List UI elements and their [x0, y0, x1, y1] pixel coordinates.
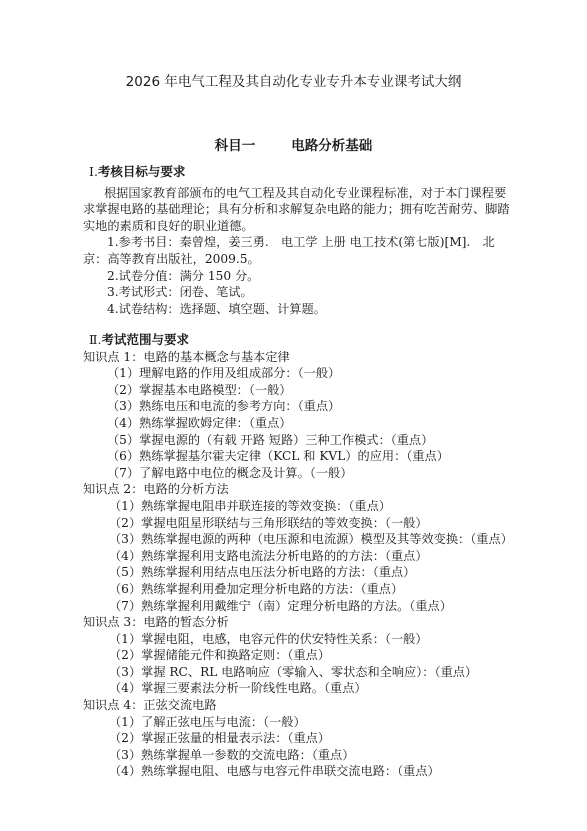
list-item: （5）熟练掌握利用结点电压法分析电路的方法：（重点）	[83, 564, 543, 581]
knowledge-point-title: 知识点 3：电路的暂态分析	[83, 614, 543, 631]
section-1: Ⅰ.考核目标与要求 根据国家教育部颁布的电气工程及其自动化专业课程标准，对于本门…	[83, 164, 543, 317]
section-1-items: 1.参考书目：秦曾煌，姜三勇. 电工学 上册 电工技术(第七版)[M]. 北 京…	[83, 234, 543, 317]
knowledge-point-1: 知识点 1：电路的基本概念与基本定律 （1）理解电路的作用及组成部分：（一般） …	[83, 349, 543, 482]
section-1-roman: Ⅰ.	[89, 164, 98, 179]
subject-name: 电路分析基础	[291, 138, 372, 154]
intro-line: 实地的素质和良好的职业道德。	[83, 218, 543, 235]
list-item: （2）掌握正弦量的相量表示法：（重点）	[83, 730, 543, 747]
info-item-structure: 4.试卷结构：选择题、填空题、计算题。	[83, 301, 543, 318]
subject-label: 科目一	[215, 138, 256, 154]
section-2-heading: Ⅱ.考试范围与要求	[83, 332, 543, 349]
knowledge-point-title: 知识点 2：电路的分析方法	[83, 481, 543, 498]
list-item: （2）掌握电阻星形联结与三角形联结的等效变换：（一般）	[83, 515, 543, 532]
list-item: （7）了解电路中电位的概念及计算。（一般）	[83, 465, 543, 482]
list-item: （6）熟练掌握利用叠加定理分析电路的方法：（重点）	[83, 581, 543, 598]
list-item: （3）熟练电压和电流的参考方向：（重点）	[83, 398, 543, 415]
list-item: （4）熟练掌握欧姆定律：（重点）	[83, 415, 543, 432]
document-title: 2026 年电气工程及其自动化专业专升本专业课考试大纲	[0, 70, 587, 90]
section-1-heading: Ⅰ.考核目标与要求	[83, 164, 543, 181]
section-1-intro: 根据国家教育部颁布的电气工程及其自动化专业课程标准，对于本门课程要 求掌握电路的…	[83, 185, 543, 235]
list-item: （3）熟练掌握电源的两种（电压源和电流源）模型及其等效变换：（重点）	[83, 531, 543, 548]
list-item: （1）掌握电阻，电感，电容元件的伏安特性关系：（一般）	[83, 631, 543, 648]
list-item: （5）掌握电源的（有载 开路 短路）三种工作模式：（重点）	[83, 432, 543, 449]
list-item: （2）掌握储能元件和换路定则：（重点）	[83, 647, 543, 664]
list-item: （2）掌握基本电路模型：（一般）	[83, 382, 543, 399]
list-item: （3）熟练掌握单一参数的交流电路：（重点）	[83, 747, 543, 764]
section-2: Ⅱ.考试范围与要求 知识点 1：电路的基本概念与基本定律 （1）理解电路的作用及…	[83, 332, 543, 780]
intro-line: 根据国家教育部颁布的电气工程及其自动化专业课程标准，对于本门课程要	[83, 185, 543, 202]
list-item: （4）掌握三要素法分析一阶线性电路。（重点）	[83, 680, 543, 697]
section-2-roman: Ⅱ.	[89, 332, 101, 347]
knowledge-point-3: 知识点 3：电路的暂态分析 （1）掌握电阻，电感，电容元件的伏安特性关系：（一般…	[83, 614, 543, 697]
knowledge-point-2: 知识点 2：电路的分析方法 （1）熟练掌握电阻串并联连接的等效变换：（重点） （…	[83, 481, 543, 614]
list-item: （7）熟练掌握利用戴维宁（南）定理分析电路的方法。（重点）	[83, 598, 543, 615]
info-item-reference-cont: 京：高等教育出版社，2009.5。	[83, 251, 543, 268]
info-item-reference: 1.参考书目：秦曾煌，姜三勇. 电工学 上册 电工技术(第七版)[M]. 北	[83, 234, 543, 251]
knowledge-point-title: 知识点 4：正弦交流电路	[83, 697, 543, 714]
section-2-title: 考试范围与要求	[101, 332, 189, 347]
knowledge-point-title: 知识点 1：电路的基本概念与基本定律	[83, 349, 543, 366]
list-item: （6）熟练掌握基尔霍夫定律（KCL 和 KVL）的应用：（重点）	[83, 448, 543, 465]
list-item: （1）熟练掌握电阻串并联连接的等效变换：（重点）	[83, 498, 543, 515]
document-page: 2026 年电气工程及其自动化专业专升本专业课考试大纲 科目一电路分析基础 Ⅰ.…	[0, 0, 587, 831]
knowledge-point-4: 知识点 4：正弦交流电路 （1）了解正弦电压与电流：（一般） （2）掌握正弦量的…	[83, 697, 543, 780]
list-item: （4）熟练掌握利用支路电流法分析电路的的方法：（重点）	[83, 548, 543, 565]
list-item: （1）了解正弦电压与电流：（一般）	[83, 714, 543, 731]
info-item-format: 3.考试形式：闭卷、笔试。	[83, 284, 543, 301]
list-item: （4）熟练掌握电阻、电感与电容元件串联交流电路：（重点）	[83, 763, 543, 780]
subject-heading: 科目一电路分析基础	[0, 134, 587, 154]
section-1-title: 考核目标与要求	[98, 164, 186, 179]
intro-line: 求掌握电路的基础理论；具有分析和求解复杂电路的能力；拥有吃苦耐劳、脚踏	[83, 201, 543, 218]
list-item: （1）理解电路的作用及组成部分：（一般）	[83, 365, 543, 382]
list-item: （3）掌握 RC、RL 电路响应（零输入、零状态和全响应）：（重点）	[83, 664, 543, 681]
info-item-score: 2.试卷分值：满分 150 分。	[83, 268, 543, 285]
